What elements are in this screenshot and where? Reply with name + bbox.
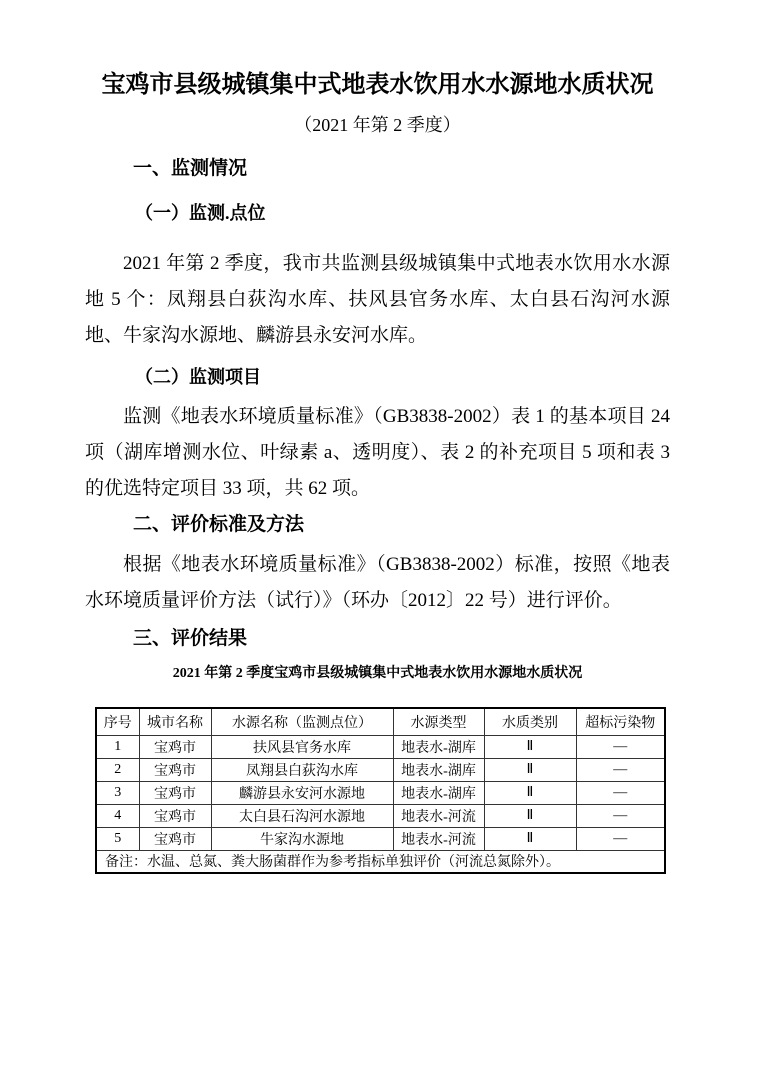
section-1-1-heading: （一）监测.点位 xyxy=(135,203,670,223)
page-title: 宝鸡市县级城镇集中式地表水饮用水水源地水质状况 xyxy=(85,70,670,100)
cell-exceeding-pollutants: — xyxy=(576,827,665,850)
header-cell-city: 城市名称 xyxy=(139,708,211,735)
section-2-heading: 二、评价标准及方法 xyxy=(133,515,670,535)
header-cell-source-type: 水源类型 xyxy=(393,708,484,735)
page-subtitle: （2021 年第 2 季度） xyxy=(85,112,670,138)
document-page: 宝鸡市县级城镇集中式地表水饮用水水源地水质状况 （2021 年第 2 季度） 一… xyxy=(0,0,760,1075)
cell-index: 2 xyxy=(96,758,139,781)
section-1-2-heading: （二）监测项目 xyxy=(135,367,670,387)
paragraph-monitoring-sites: 2021 年第 2 季度，我市共监测县级城镇集中式地表水饮用水水源地 5 个：凤… xyxy=(85,246,670,354)
header-cell-quality-class: 水质类别 xyxy=(484,708,576,735)
water-quality-results-table: 序号 城市名称 水源名称（监测点位） 水源类型 水质类别 超标污染物 1 宝鸡市… xyxy=(95,707,666,874)
header-cell-index: 序号 xyxy=(96,708,139,735)
cell-city: 宝鸡市 xyxy=(139,758,211,781)
cell-source-type: 地表水-河流 xyxy=(393,804,484,827)
cell-quality-class: Ⅱ xyxy=(484,758,576,781)
cell-quality-class: Ⅱ xyxy=(484,781,576,804)
cell-index: 1 xyxy=(96,735,139,758)
paragraph-evaluation-method: 根据《地表水环境质量标准》（GB3838-2002）标准，按照《地表水环境质量评… xyxy=(85,547,670,619)
cell-source-type: 地表水-湖库 xyxy=(393,735,484,758)
cell-city: 宝鸡市 xyxy=(139,735,211,758)
table-header-row: 序号 城市名称 水源名称（监测点位） 水源类型 水质类别 超标污染物 xyxy=(96,708,665,735)
cell-quality-class: Ⅱ xyxy=(484,827,576,850)
table-row: 1 宝鸡市 扶风县官务水库 地表水-湖库 Ⅱ — xyxy=(96,735,665,758)
cell-source-type: 地表水-河流 xyxy=(393,827,484,850)
cell-source-type: 地表水-湖库 xyxy=(393,781,484,804)
table-row: 2 宝鸡市 凤翔县白荻沟水库 地表水-湖库 Ⅱ — xyxy=(96,758,665,781)
cell-index: 4 xyxy=(96,804,139,827)
header-cell-source-name: 水源名称（监测点位） xyxy=(211,708,393,735)
header-cell-exceeding-pollutants: 超标污染物 xyxy=(576,708,665,735)
section-3-heading: 三、评价结果 xyxy=(133,629,670,649)
cell-index: 5 xyxy=(96,827,139,850)
cell-exceeding-pollutants: — xyxy=(576,735,665,758)
cell-exceeding-pollutants: — xyxy=(576,781,665,804)
table-row: 3 宝鸡市 麟游县永安河水源地 地表水-湖库 Ⅱ — xyxy=(96,781,665,804)
cell-source-name: 太白县石沟河水源地 xyxy=(211,804,393,827)
cell-quality-class: Ⅱ xyxy=(484,735,576,758)
cell-source-name: 凤翔县白荻沟水库 xyxy=(211,758,393,781)
table-note-row: 备注：水温、总氮、粪大肠菌群作为参考指标单独评价（河流总氮除外）。 xyxy=(96,850,665,873)
table-row: 4 宝鸡市 太白县石沟河水源地 地表水-河流 Ⅱ — xyxy=(96,804,665,827)
cell-source-name: 牛家沟水源地 xyxy=(211,827,393,850)
table-note: 备注：水温、总氮、粪大肠菌群作为参考指标单独评价（河流总氮除外）。 xyxy=(96,850,665,873)
cell-exceeding-pollutants: — xyxy=(576,804,665,827)
cell-source-type: 地表水-湖库 xyxy=(393,758,484,781)
cell-index: 3 xyxy=(96,781,139,804)
cell-city: 宝鸡市 xyxy=(139,804,211,827)
cell-city: 宝鸡市 xyxy=(139,827,211,850)
paragraph-monitoring-items: 监测《地表水环境质量标准》（GB3838-2002）表 1 的基本项目 24 项… xyxy=(85,399,670,507)
cell-city: 宝鸡市 xyxy=(139,781,211,804)
cell-quality-class: Ⅱ xyxy=(484,804,576,827)
section-1-heading: 一、监测情况 xyxy=(133,159,670,179)
cell-source-name: 麟游县永安河水源地 xyxy=(211,781,393,804)
cell-source-name: 扶风县官务水库 xyxy=(211,735,393,758)
table-caption: 2021 年第 2 季度宝鸡市县级城镇集中式地表水饮用水源地水质状况 xyxy=(85,665,670,683)
cell-exceeding-pollutants: — xyxy=(576,758,665,781)
table-row: 5 宝鸡市 牛家沟水源地 地表水-河流 Ⅱ — xyxy=(96,827,665,850)
